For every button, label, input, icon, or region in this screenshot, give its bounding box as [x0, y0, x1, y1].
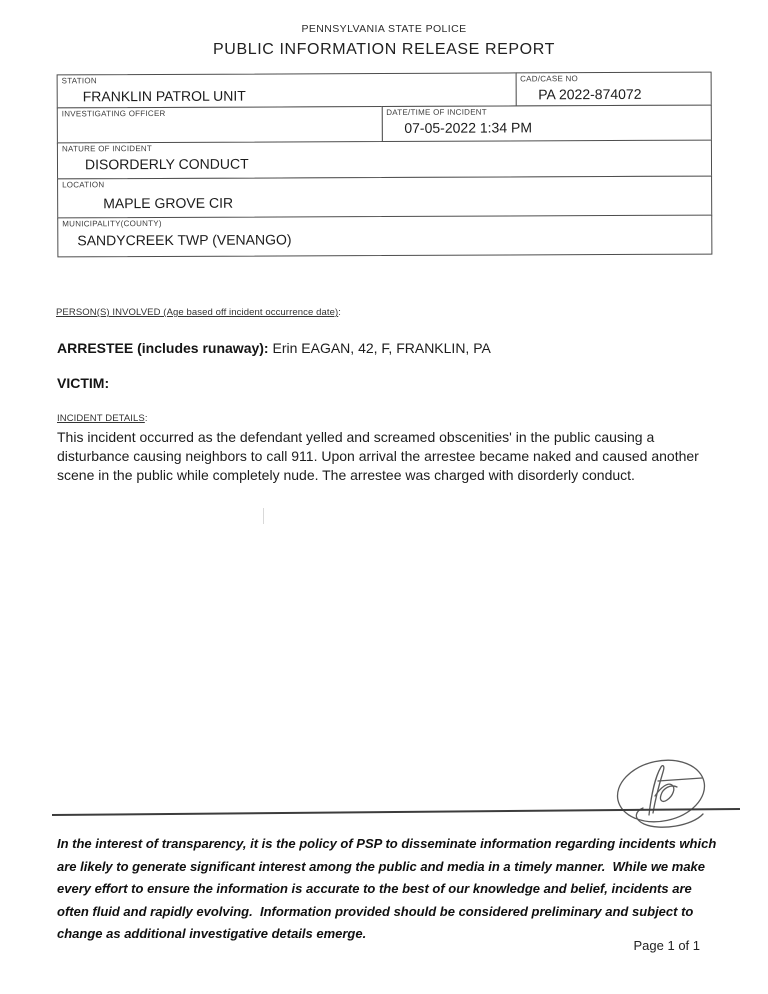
field-location: LOCATION MAPLE GROVE CIR [57, 175, 712, 219]
date-time-value: 07-05-2022 1:34 PM [386, 118, 707, 135]
field-cad-case-no: CAD/CASE NO PA 2022-874072 [515, 72, 712, 107]
persons-involved-colon: : [338, 307, 341, 318]
cad-case-no-value: PA 2022-874072 [520, 86, 707, 103]
station-value: FRANKLIN PATROL UNIT [62, 86, 512, 104]
field-station: STATION FRANKLIN PATROL UNIT [57, 72, 517, 108]
location-label: LOCATION [62, 177, 707, 189]
victim-label: VICTIM: [57, 375, 109, 391]
arrestee-label: ARRESTEE (includes runaway): [57, 340, 269, 356]
persons-involved-heading: PERSON(S) INVOLVED (Age based off incide… [56, 307, 341, 318]
station-label: STATION [62, 74, 512, 85]
page-title: PUBLIC INFORMATION RELEASE REPORT [0, 41, 768, 59]
agency-name: PENNSYLVANIA STATE POLICE [0, 23, 768, 35]
municipality-county-value: SANDYCREEK TWP (VENANGO) [62, 230, 707, 249]
arrestee-value: Erin EAGAN, 42, F, FRANKLIN, PA [269, 340, 491, 356]
signature-scribble-icon [608, 755, 716, 831]
report-page: PENNSYLVANIA STATE POLICE PUBLIC INFORMA… [0, 0, 768, 994]
page-number: Page 1 of 1 [634, 938, 701, 953]
form-row-2: INVESTIGATING OFFICER DATE/TIME OF INCID… [57, 104, 712, 144]
investigating-officer-value [62, 120, 378, 121]
field-investigating-officer: INVESTIGATING OFFICER [57, 106, 383, 144]
municipality-county-label: MUNICIPALITY(COUNTY) [62, 217, 707, 229]
nature-of-incident-value: DISORDERLY CONDUCT [62, 154, 707, 173]
incident-details-colon: : [145, 413, 148, 424]
incident-details-heading: INCIDENT DETAILS: [57, 413, 148, 424]
nature-of-incident-label: NATURE OF INCIDENT [62, 142, 707, 154]
investigating-officer-label: INVESTIGATING OFFICER [62, 108, 378, 118]
victim-line: VICTIM: [57, 375, 109, 391]
form-row-4: LOCATION MAPLE GROVE CIR [57, 175, 712, 219]
form-row-5: MUNICIPALITY(COUNTY) SANDYCREEK TWP (VEN… [57, 215, 712, 258]
location-value: MAPLE GROVE CIR [62, 192, 707, 211]
scan-artifact-mark [263, 508, 264, 524]
form-row-3: NATURE OF INCIDENT DISORDERLY CONDUCT [57, 140, 712, 180]
arrestee-line: ARRESTEE (includes runaway): Erin EAGAN,… [57, 340, 491, 356]
incident-form-table: STATION FRANKLIN PATROL UNIT CAD/CASE NO… [57, 72, 713, 258]
field-nature-of-incident: NATURE OF INCIDENT DISORDERLY CONDUCT [57, 140, 712, 180]
form-row-1: STATION FRANKLIN PATROL UNIT CAD/CASE NO… [57, 72, 712, 109]
incident-details-label: INCIDENT DETAILS [57, 413, 145, 424]
field-municipality-county: MUNICIPALITY(COUNTY) SANDYCREEK TWP (VEN… [57, 215, 712, 258]
cad-case-no-label: CAD/CASE NO [520, 74, 707, 84]
incident-details-text: This incident occurred as the defendant … [57, 428, 709, 484]
date-time-label: DATE/TIME OF INCIDENT [386, 106, 707, 116]
field-date-time-of-incident: DATE/TIME OF INCIDENT 07-05-2022 1:34 PM [381, 104, 712, 142]
psp-disclaimer-text: In the interest of transparency, it is t… [57, 833, 719, 946]
persons-involved-label: PERSON(S) INVOLVED (Age based off incide… [56, 307, 338, 318]
